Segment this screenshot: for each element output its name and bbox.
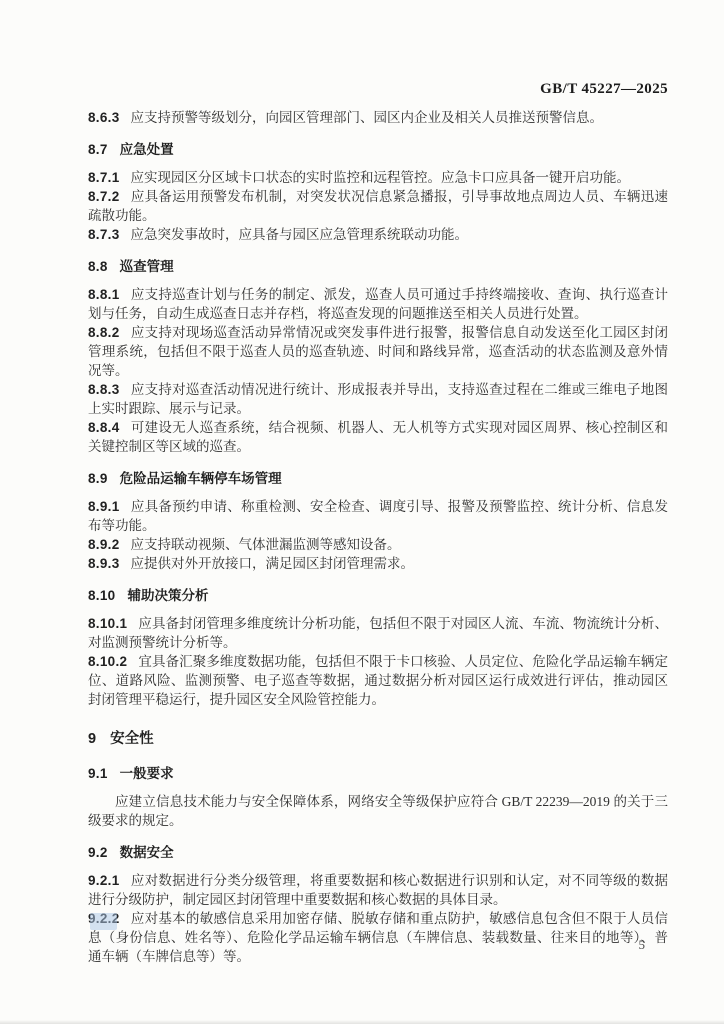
section-heading: 8.10辅助决策分析 [88, 586, 668, 605]
clause-text: 应实现园区分区域卡口状态的实时监控和远程管控。应急卡口应具备一键开启功能。 [131, 170, 631, 185]
clause-text: 宜具备汇聚多维度数据功能，包括但不限于卡口核验、人员定位、危险化学品运输车辆定位… [88, 654, 668, 707]
clause-number: 8.10 [88, 588, 115, 603]
section-heading: 9.2数据安全 [88, 843, 668, 862]
clause-paragraph: 8.9.2应支持联动视频、气体泄漏监测等感知设备。 [88, 535, 668, 554]
document-body: 8.6.3应支持预警等级划分，向园区管理部门、园区内企业及相关人员推送预警信息。… [88, 108, 668, 966]
clause-number: 8.10.1 [88, 616, 127, 631]
clause-number: 9.2.1 [88, 873, 120, 888]
document-page: GB/T 45227—2025 8.6.3应支持预警等级划分，向园区管理部门、园… [0, 0, 724, 1024]
clause-text: 应支持对巡查活动情况进行统计、形成报表并导出，支持巡查过程在二维或三维电子地图上… [88, 382, 668, 416]
clause-number: 8.8.3 [88, 382, 120, 397]
clause-text: 应对数据进行分类分级管理，将重要数据和核心数据进行识别和认定，对不同等级的数据进… [88, 873, 668, 907]
clause-number: 8.9.3 [88, 556, 120, 571]
clause-number: 8.8 [88, 259, 108, 274]
standard-number-header: GB/T 45227—2025 [540, 81, 668, 98]
clause-paragraph: 8.7.3应急突发事故时，应具备与园区应急管理系统联动功能。 [88, 225, 668, 244]
clause-paragraph: 8.8.1应支持巡查计划与任务的制定、派发，巡查人员可通过手持终端接收、查询、执… [88, 285, 668, 323]
clause-text: 应支持巡查计划与任务的制定、派发，巡查人员可通过手持终端接收、查询、执行巡查计划… [88, 287, 668, 321]
clause-text: 应建立信息技术能力与安全保障体系，网络安全等级保护应符合 GB/T 22239—… [88, 794, 668, 828]
section-heading: 8.8巡查管理 [88, 257, 668, 276]
clause-number: 9.1 [88, 766, 108, 781]
section-heading: 8.7应急处置 [88, 140, 668, 159]
clause-number: 9 [88, 731, 96, 747]
clause-number: 8.8.2 [88, 325, 120, 340]
clause-number: 8.8.4 [88, 420, 120, 435]
watermark-stamp [90, 913, 117, 930]
clause-number: 8.6.3 [88, 110, 120, 125]
clause-text: 应支持联动视频、气体泄漏监测等感知设备。 [131, 537, 401, 552]
clause-paragraph: 9.2.2应对基本的敏感信息采用加密存储、脱敏存储和重点防护，敏感信息包含但不限… [88, 909, 668, 966]
clause-text: 巡查管理 [120, 259, 174, 274]
clause-paragraph: 8.8.4可建设无人巡查系统，结合视频、机器人、无人机等方式实现对园区周界、核心… [88, 418, 668, 456]
clause-number: 8.10.2 [88, 654, 127, 669]
page-bottom-shadow [0, 1020, 724, 1024]
clause-text: 应急处置 [120, 142, 174, 157]
section-heading: 8.9危险品运输车辆停车场管理 [88, 469, 668, 488]
clause-paragraph: 8.6.3应支持预警等级划分，向园区管理部门、园区内企业及相关人员推送预警信息。 [88, 108, 668, 127]
page-number: 5 [639, 937, 646, 953]
clause-text: 应支持预警等级划分，向园区管理部门、园区内企业及相关人员推送预警信息。 [131, 110, 604, 125]
clause-paragraph: 8.8.3应支持对巡查活动情况进行统计、形成报表并导出，支持巡查过程在二维或三维… [88, 380, 668, 418]
clause-paragraph: 8.10.1应具备封闭管理多维度统计分析功能，包括但不限于对园区人流、车流、物流… [88, 614, 668, 652]
clause-text: 应具备预约申请、称重检测、安全检查、调度引导、报警及预警监控、统计分析、信息发布… [88, 499, 668, 533]
clause-number: 8.8.1 [88, 287, 120, 302]
clause-text: 应对基本的敏感信息采用加密存储、脱敏存储和重点防护，敏感信息包含但不限于人员信息… [88, 911, 668, 964]
clause-text: 应提供对外开放接口，满足园区封闭管理需求。 [131, 556, 415, 571]
clause-paragraph: 8.9.3应提供对外开放接口，满足园区封闭管理需求。 [88, 554, 668, 573]
clause-text: 危险品运输车辆停车场管理 [120, 471, 282, 486]
clause-text: 安全性 [110, 731, 154, 747]
clause-text: 应急突发事故时，应具备与园区应急管理系统联动功能。 [131, 227, 469, 242]
clause-paragraph: 8.8.2应支持对现场巡查活动异常情况或突发事件进行报警，报警信息自动发送至化工… [88, 323, 668, 380]
body-paragraph: 应建立信息技术能力与安全保障体系，网络安全等级保护应符合 GB/T 22239—… [88, 792, 668, 830]
clause-text: 可建设无人巡查系统，结合视频、机器人、无人机等方式实现对园区周界、核心控制区和关… [88, 420, 668, 454]
clause-text: 应具备运用预警发布机制，对突发状况信息紧急播报，引导事故地点周边人员、车辆迅速疏… [88, 189, 668, 223]
clause-number: 8.9.2 [88, 537, 120, 552]
clause-number: 8.9 [88, 471, 108, 486]
section-heading: 9.1一般要求 [88, 764, 668, 783]
clause-number: 8.7.1 [88, 170, 120, 185]
clause-text: 应具备封闭管理多维度统计分析功能，包括但不限于对园区人流、车流、物流统计分析、对… [88, 616, 668, 650]
clause-number: 9.2 [88, 845, 108, 860]
clause-number: 8.7.3 [88, 227, 120, 242]
clause-number: 8.7 [88, 142, 108, 157]
clause-number: 8.7.2 [88, 189, 120, 204]
clause-text: 应支持对现场巡查活动异常情况或突发事件进行报警，报警信息自动发送至化工园区封闭管… [88, 325, 668, 378]
clause-paragraph: 8.10.2宜具备汇聚多维度数据功能，包括但不限于卡口核验、人员定位、危险化学品… [88, 652, 668, 709]
clause-text: 数据安全 [120, 845, 174, 860]
clause-number: 8.9.1 [88, 499, 120, 514]
clause-paragraph: 8.7.1应实现园区分区域卡口状态的实时监控和远程管控。应急卡口应具备一键开启功… [88, 168, 668, 187]
clause-paragraph: 9.2.1应对数据进行分类分级管理，将重要数据和核心数据进行识别和认定，对不同等… [88, 871, 668, 909]
clause-text: 辅助决策分析 [127, 588, 208, 603]
clause-text: 一般要求 [120, 766, 174, 781]
clause-paragraph: 8.7.2应具备运用预警发布机制，对突发状况信息紧急播报，引导事故地点周边人员、… [88, 187, 668, 225]
clause-paragraph: 8.9.1应具备预约申请、称重检测、安全检查、调度引导、报警及预警监控、统计分析… [88, 497, 668, 535]
chapter-heading: 9安全性 [88, 730, 668, 749]
